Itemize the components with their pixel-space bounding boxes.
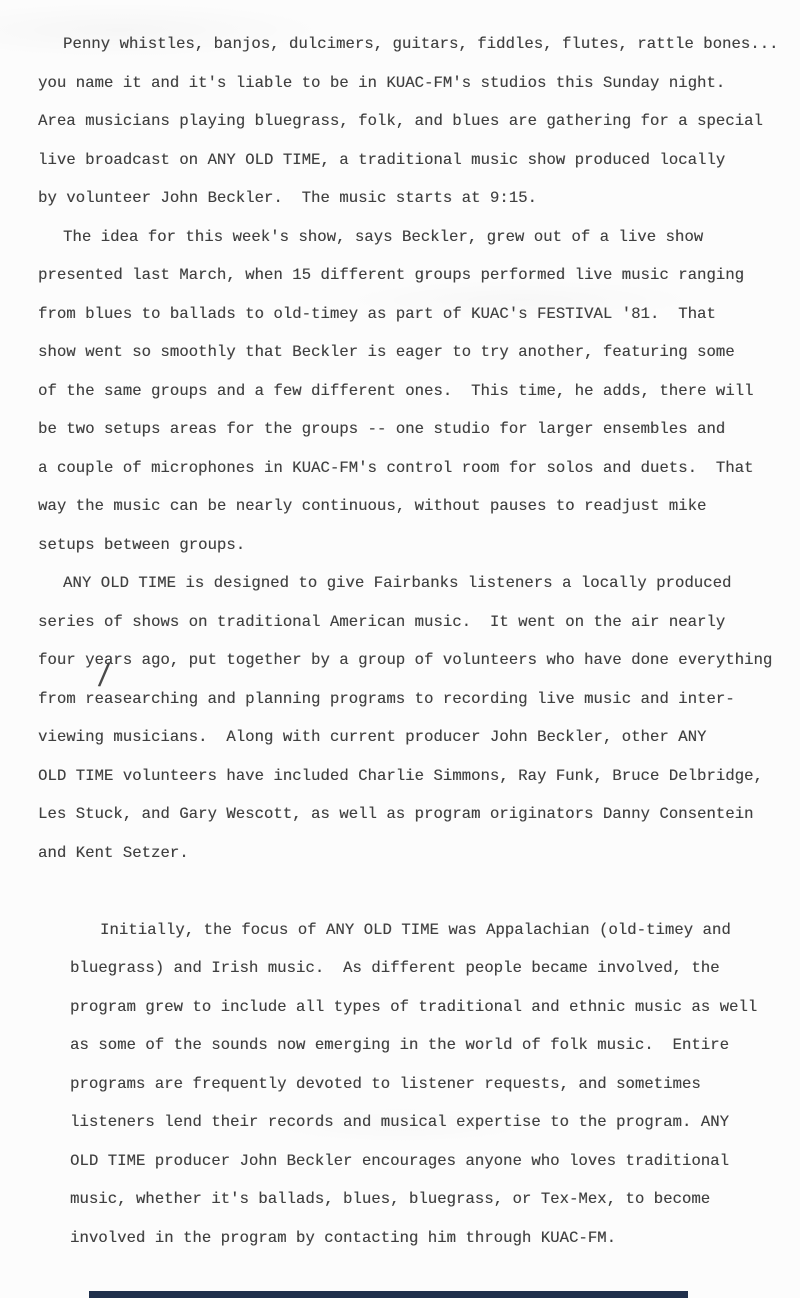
text-line: way the music can be nearly continuous, … — [38, 487, 783, 526]
text-line: program grew to include all types of tra… — [70, 988, 783, 1027]
text-line: programs are frequently devoted to liste… — [70, 1065, 783, 1104]
paragraph: The idea for this week's show, says Beck… — [38, 218, 783, 565]
text-line: viewing musicians. Along with current pr… — [38, 718, 783, 757]
text-line: involved in the program by contacting hi… — [70, 1219, 783, 1258]
paragraph: Initially, the focus of ANY OLD TIME was… — [70, 911, 783, 1258]
text-line: series of shows on traditional American … — [38, 603, 783, 642]
text-line: a couple of microphones in KUAC-FM's con… — [38, 449, 783, 488]
paragraph: Penny whistles, banjos, dulcimers, guita… — [38, 25, 783, 218]
text-line: show went so smoothly that Beckler is ea… — [38, 333, 783, 372]
text-line: from blues to ballads to old-timey as pa… — [38, 295, 783, 334]
text-line: Les Stuck, and Gary Wescott, as well as … — [38, 795, 783, 834]
text-line: OLD TIME volunteers have included Charli… — [38, 757, 783, 796]
text-line: and Kent Setzer. — [38, 834, 783, 873]
text-line: live broadcast on ANY OLD TIME, a tradit… — [38, 141, 783, 180]
text-line: The idea for this week's show, says Beck… — [38, 218, 783, 257]
text-line: listeners lend their records and musical… — [70, 1103, 783, 1142]
text-line: Area musicians playing bluegrass, folk, … — [38, 102, 783, 141]
text-line: be two setups areas for the groups -- on… — [38, 410, 783, 449]
text-line: from reasearching and planning programs … — [38, 680, 783, 719]
text-line: setups between groups. — [38, 526, 783, 565]
text-line: music, whether it's ballads, blues, blue… — [70, 1180, 783, 1219]
scan-edge-artifact — [89, 1291, 688, 1298]
document-body: Penny whistles, banjos, dulcimers, guita… — [38, 25, 783, 1257]
text-line: Penny whistles, banjos, dulcimers, guita… — [38, 25, 783, 64]
scanned-typewritten-page: Penny whistles, banjos, dulcimers, guita… — [0, 0, 800, 1298]
text-line: you name it and it's liable to be in KUA… — [38, 64, 783, 103]
text-line: bluegrass) and Irish music. As different… — [70, 949, 783, 988]
paragraph: ANY OLD TIME is designed to give Fairban… — [38, 564, 783, 872]
text-line: of the same groups and a few different o… — [38, 372, 783, 411]
text-line: as some of the sounds now emerging in th… — [70, 1026, 783, 1065]
text-line: presented last March, when 15 different … — [38, 256, 783, 295]
text-line: ANY OLD TIME is designed to give Fairban… — [38, 564, 783, 603]
text-line: by volunteer John Beckler. The music sta… — [38, 179, 783, 218]
text-line: OLD TIME producer John Beckler encourage… — [70, 1142, 783, 1181]
text-line: Initially, the focus of ANY OLD TIME was… — [70, 911, 783, 950]
text-line: four years ago, put together by a group … — [38, 641, 783, 680]
